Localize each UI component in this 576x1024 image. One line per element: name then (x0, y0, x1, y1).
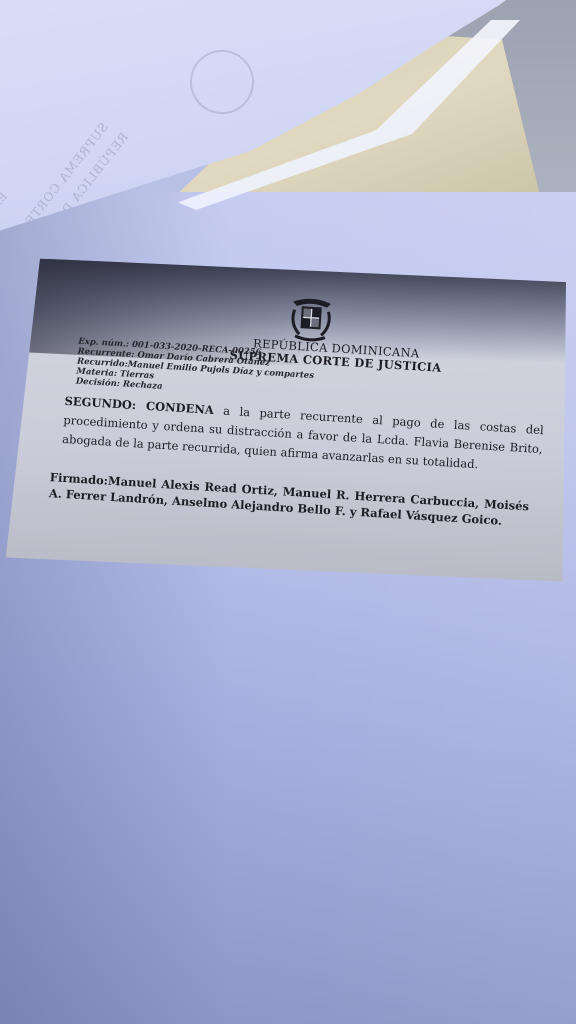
mirrored-crest-icon (178, 38, 265, 125)
coat-of-arms-icon (285, 293, 338, 344)
